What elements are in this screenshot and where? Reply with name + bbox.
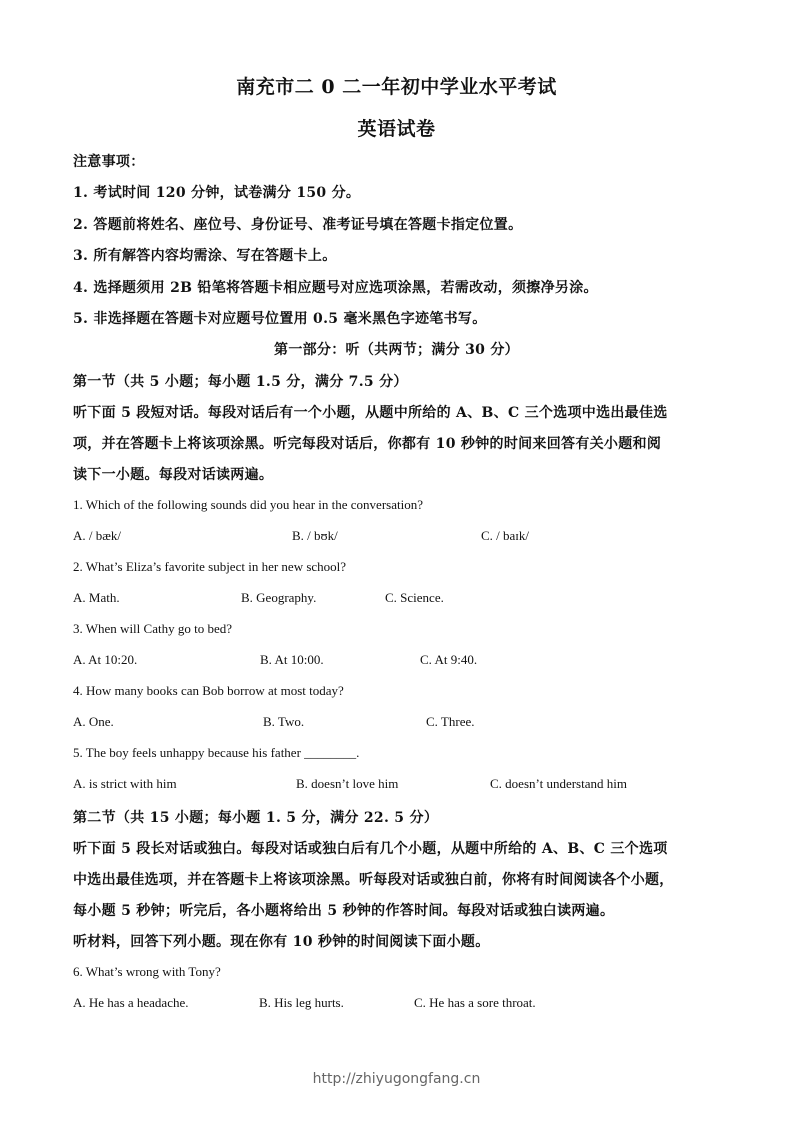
section1-instruction: 项，并在答题卡上将该项涂黑。听完每段对话后，你都有 10 秒钟的时间来回答有关小… [73,433,661,453]
section1-heading: 第一节（共 5 小题；每小题 1.5 分，满分 7.5 分） [73,371,408,391]
notice-heading: 注意事项： [73,151,145,171]
notice-item: 2. 答题前将姓名、座位号、身份证号、准考证号填在答题卡指定位置。 [73,214,522,234]
notice-item: 1. 考试时间 120 分钟，试卷满分 150 分。 [73,182,360,202]
section1-instruction: 听下面 5 段短对话。每段对话后有一个小题，从题中所给的 A、B、C 三个选项中… [73,402,668,422]
question-stem: 5. The boy feels unhappy because his fat… [73,745,359,761]
option-c: C. Science. [385,590,444,606]
exam-title: 南充市二 0 二一年初中学业水平考试 [0,72,793,99]
section2-instruction: 听下面 5 段长对话或独白。每段对话或独白后有几个小题，从题中所给的 A、B、C… [73,838,668,858]
section2-prompt: 听材料，回答下列小题。现在你有 10 秒钟的时间阅读下面小题。 [73,931,490,951]
option-a: A. Math. [73,590,120,606]
part1-heading: 第一部分：听（共两节；满分 30 分） [0,339,793,359]
option-a: A. One. [73,714,114,730]
section2-heading: 第二节（共 15 小题；每小题 1. 5 分，满分 22. 5 分） [73,807,438,827]
notice-item: 4. 选择题须用 2B 铅笔将答题卡相应题号对应选项涂黑，若需改动，须擦净另涂。 [73,277,598,297]
option-b: B. doesn’t love him [296,776,398,792]
question-stem: 2. What’s Eliza’s favorite subject in he… [73,559,346,575]
notice-item: 3. 所有解答内容均需涂、写在答题卡上。 [73,245,337,265]
option-b: B. His leg hurts. [259,995,344,1011]
option-c: C. At 9:40. [420,652,477,668]
section1-instruction: 读下一小题。每段对话读两遍。 [73,464,273,484]
option-a: A. / bæk/ [73,528,121,544]
notice-item: 5. 非选择题在答题卡对应题号位置用 0.5 毫米黑色字迹笔书写。 [73,308,487,328]
exam-subtitle: 英语试卷 [0,114,793,141]
option-b: B. / bʊk/ [292,528,338,544]
option-c: C. doesn’t understand him [490,776,627,792]
option-a: A. He has a headache. [73,995,189,1011]
exam-page: 南充市二 0 二一年初中学业水平考试 英语试卷 注意事项： 1. 考试时间 12… [0,0,793,1122]
option-b: B. Two. [263,714,304,730]
option-a: A. At 10:20. [73,652,137,668]
option-c: C. He has a sore throat. [414,995,536,1011]
option-a: A. is strict with him [73,776,177,792]
footer-url: http://zhiyugongfang.cn [0,1071,793,1087]
question-stem: 6. What’s wrong with Tony? [73,964,221,980]
option-b: B. Geography. [241,590,316,606]
question-stem: 3. When will Cathy go to bed? [73,621,232,637]
section2-instruction: 每小题 5 秒钟；听完后，各小题将给出 5 秒钟的作答时间。每段对话或独白读两遍… [73,900,614,920]
question-stem: 1. Which of the following sounds did you… [73,497,423,513]
option-c: C. / baɪk/ [481,528,529,544]
option-b: B. At 10:00. [260,652,324,668]
option-c: C. Three. [426,714,475,730]
question-stem: 4. How many books can Bob borrow at most… [73,683,344,699]
section2-instruction: 中选出最佳选项，并在答题卡上将该项涂黑。听每段对话或独白前，你将有时间阅读各个小… [73,869,674,889]
